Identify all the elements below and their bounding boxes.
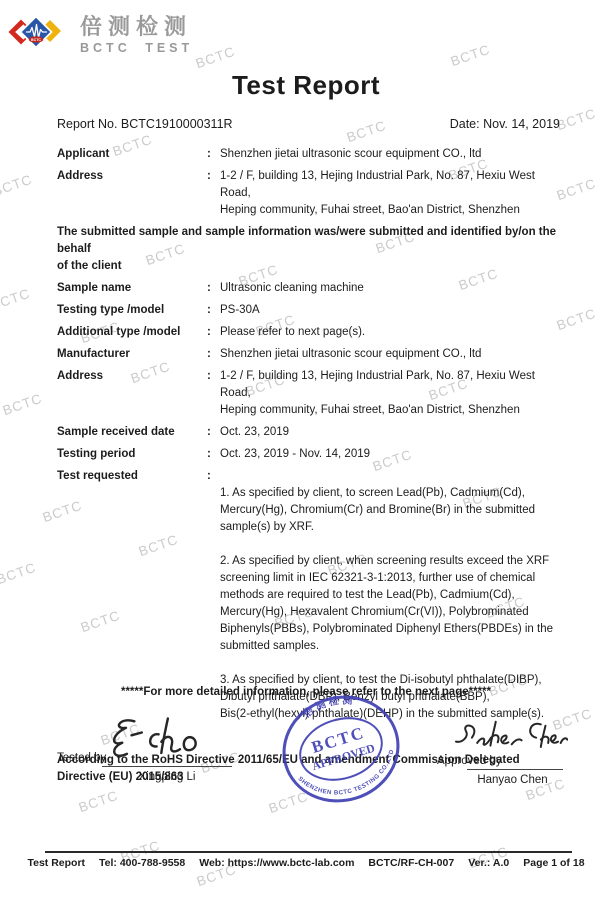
field-label: Test requested [57, 468, 207, 740]
logo-wordmark: 倍测检测 BCTC TEST [80, 14, 193, 55]
colon: : [207, 324, 220, 341]
colon: : [207, 302, 220, 319]
report-meta-line: Report No. BCTC1910000311R Date: Nov. 14… [57, 117, 560, 131]
field-value: 1. As specified by client, to screen Lea… [220, 468, 562, 740]
colon: : [207, 446, 220, 463]
approved-by-signature [452, 708, 568, 766]
logo-latin-name: BCTC TEST [80, 41, 193, 55]
field-row-applicant: Applicant : Shenzhen jietai ultrasonic s… [57, 146, 562, 163]
more-info-note: *****For more detailed information, plea… [0, 686, 612, 698]
tested-by-label: Tested by [57, 752, 106, 764]
footer-website[interactable]: Web: https://www.bctc-lab.com [199, 857, 354, 869]
field-value: Oct. 23, 2019 [220, 424, 562, 441]
field-row-testing-period: Testing period : Oct. 23, 2019 - Nov. 14… [57, 446, 562, 463]
field-label: Address [57, 168, 207, 219]
footer-bar: Test Report Tel: 400-788-9558 Web: https… [0, 857, 612, 869]
footer-telephone: Tel: 400-788-9558 [99, 857, 185, 869]
colon: : [207, 280, 220, 297]
logo-badge-text: BCTC [31, 38, 41, 42]
field-row-address-applicant: Address : 1-2 / F, building 13, Hejing I… [57, 168, 562, 219]
colon: : [207, 346, 220, 363]
footer-rule [45, 851, 572, 853]
report-date: Date: Nov. 14, 2019 [450, 117, 560, 131]
field-label: Additional type /model [57, 324, 207, 341]
field-value: 1-2 / F, building 13, Hejing Industrial … [220, 168, 562, 219]
field-label: Sample received date [57, 424, 207, 441]
approved-by-signature-line [467, 769, 563, 770]
field-label: Applicant [57, 146, 207, 163]
field-row-testing-type: Testing type /model : PS-30A [57, 302, 562, 319]
field-value: 1-2 / F, building 13, Hejing Industrial … [220, 368, 562, 419]
field-row-sample-name: Sample name : Ultrasonic cleaning machin… [57, 280, 562, 297]
field-row-address-manufacturer: Address : 1-2 / F, building 13, Hejing I… [57, 368, 562, 419]
tested-by-name: Xingping Li [102, 771, 232, 783]
field-value: Shenzhen jietai ultrasonic scour equipme… [220, 346, 562, 363]
footer-page-number: Page 1 of 18 [523, 857, 584, 869]
field-row-additional-type: Additional type /model : Please refer to… [57, 324, 562, 341]
tested-by-signature-line [102, 766, 232, 767]
field-label: Testing period [57, 446, 207, 463]
colon: : [207, 168, 220, 219]
field-value: Shenzhen jietai ultrasonic scour equipme… [220, 146, 562, 163]
page-title: Test Report [0, 70, 612, 101]
test-report-page: BCTCBCTCBCTCBCTCBCTCBCTCBCTCBCTCBCTCBCTC… [0, 0, 612, 905]
field-label: Manufacturer [57, 346, 207, 363]
field-label: Testing type /model [57, 302, 207, 319]
footer-version: Ver.: A.0 [468, 857, 509, 869]
footer-form-code: BCTC/RF-CH-007 [368, 857, 454, 869]
field-row-test-requested: Test requested : 1. As specified by clie… [57, 468, 562, 740]
logo-chinese-name: 倍测检测 [80, 14, 193, 40]
approved-by-name: Hanyao Chen [455, 774, 570, 786]
field-row-manufacturer: Manufacturer : Shenzhen jietai ultrasoni… [57, 346, 562, 363]
test-requested-paragraph-2: 2. As specified by client, when screenin… [220, 553, 562, 655]
field-value: Please refer to next page(s). [220, 324, 562, 341]
bctc-logo-icon: BCTC [7, 9, 69, 55]
field-label: Sample name [57, 280, 207, 297]
field-row-sample-received: Sample received date : Oct. 23, 2019 [57, 424, 562, 441]
colon: : [207, 146, 220, 163]
field-value: Oct. 23, 2019 - Nov. 14, 2019 [220, 446, 562, 463]
test-requested-paragraph-1: 1. As specified by client, to screen Lea… [220, 485, 562, 536]
footer-doc-label: Test Report [27, 857, 85, 869]
client-submission-note: The submitted sample and sample informat… [57, 224, 562, 275]
tested-by-signature [100, 712, 232, 766]
colon: : [207, 368, 220, 419]
field-value: PS-30A [220, 302, 562, 319]
field-label: Address [57, 368, 207, 419]
field-value: Ultrasonic cleaning machine [220, 280, 562, 297]
report-number: Report No. BCTC1910000311R [57, 117, 233, 131]
colon: : [207, 424, 220, 441]
colon: : [207, 468, 220, 740]
